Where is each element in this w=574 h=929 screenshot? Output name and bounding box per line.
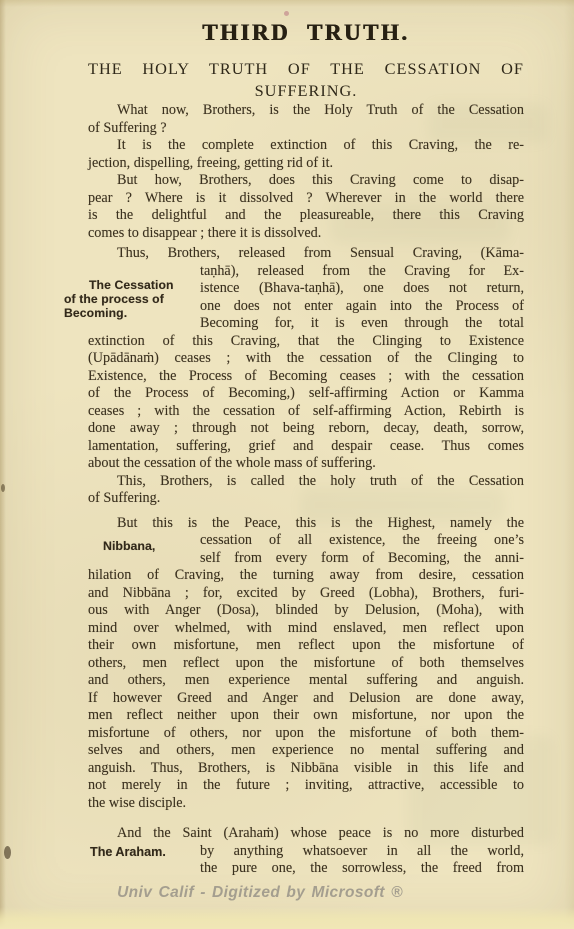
- body-line: If however Greed and Anger and Delusion …: [88, 690, 524, 708]
- body-line: cessation of all existence, the freeing …: [200, 532, 524, 550]
- body-line: by anything whatsoever in all the world,: [200, 843, 524, 861]
- paragraph-what-now: What now, Brothers, is the Holy Truth of…: [88, 102, 524, 137]
- body-line: misfortune of others, nor upon the misfo…: [88, 725, 524, 743]
- body-line: ous with Anger (Dosa), blinded by Delusi…: [88, 602, 524, 620]
- body-line: the wise disciple.: [88, 795, 524, 813]
- body-line: Thus, Brothers, released from Sensual Cr…: [88, 245, 524, 263]
- section-heading-line: THE HOLY TRUTH OF THE CESSATION OF: [88, 58, 524, 80]
- paragraph-this-brothers: This, Brothers, is called the holy truth…: [88, 473, 524, 508]
- paragraph-but-how: But how, Brothers, does this Craving com…: [88, 172, 524, 242]
- paragraph-complete-extinction: It is the complete extinction of this Cr…: [88, 137, 524, 172]
- ink-speck: [284, 11, 289, 16]
- body-line: the pure one, the sorrowless, the freed …: [200, 860, 524, 878]
- margin-note-line: Becoming.: [64, 307, 174, 321]
- body-line: of Suffering ?: [88, 120, 524, 138]
- body-line: And the Saint (Arahaṁ) whose peace is no…: [88, 825, 524, 843]
- body-line: ceases ; with the cessation of self-affi…: [88, 403, 524, 421]
- section-heading: THE HOLY TRUTH OF THE CESSATION OF SUFFE…: [88, 58, 524, 102]
- body-line: men reflect neither upon their own misfo…: [88, 707, 524, 725]
- scan-page: THIRD TRUTH. THE HOLY TRUTH OF THE CESSA…: [0, 0, 574, 929]
- body-line: What now, Brothers, is the Holy Truth of…: [88, 102, 524, 120]
- body-line: Existence, the Process of Becoming cease…: [88, 368, 524, 386]
- body-line: comes to disappear ; there it is dissolv…: [88, 225, 524, 243]
- margin-note-line: The Araham.: [90, 845, 166, 859]
- body-line: lamentation, suffering, grief and despai…: [88, 438, 524, 456]
- margin-note-cessation-of-becoming: The Cessationof the process ofBecoming.: [64, 279, 174, 321]
- margin-note-line: of the process of: [64, 293, 174, 307]
- body-line: their own misfortune, men reflect upon t…: [88, 637, 524, 655]
- body-line: and others, men experience mental suffer…: [88, 672, 524, 690]
- body-line: (Upādānaṁ) ceases ; with the cessation o…: [88, 350, 524, 368]
- body-line: hilation of Craving, the turning away fr…: [88, 567, 524, 585]
- body-line: selves and others, men experience no men…: [88, 742, 524, 760]
- body-line: self from every form of Becoming, the an…: [200, 550, 524, 568]
- body-line: others, men reflect upon the misfortune …: [88, 655, 524, 673]
- body-line: pear ? Where is it dissolved ? Wherever …: [88, 190, 524, 208]
- ink-speck: [1, 484, 5, 492]
- page-title: THIRD TRUTH.: [88, 20, 524, 46]
- body-line: istence (Bhava-taṇhā), one does not retu…: [200, 280, 524, 298]
- body-line: It is the complete extinction of this Cr…: [88, 137, 524, 155]
- text-column: THIRD TRUTH. THE HOLY TRUTH OF THE CESSA…: [88, 20, 524, 878]
- body-line: anguish. Thus, Brothers, is Nibbāna visi…: [88, 760, 524, 778]
- body-line: jection, dispelling, freeing, getting ri…: [88, 155, 524, 173]
- body-line: and Nibbāna ; for, excited by Greed (Lob…: [88, 585, 524, 603]
- body-line: of the Process of Becoming,) self-affirm…: [88, 385, 524, 403]
- body-line: is the delightful and the pleasureable, …: [88, 207, 524, 225]
- body-line: taṇhā), released from the Craving for Ex…: [200, 263, 524, 281]
- body-line: of Suffering.: [88, 490, 524, 508]
- body-line: But how, Brothers, does this Craving com…: [88, 172, 524, 190]
- section-heading-line: SUFFERING.: [88, 80, 524, 102]
- digitization-watermark: Univ Calif - Digitized by Microsoft ®: [0, 884, 520, 902]
- body-line: done away ; through not being reborn, de…: [88, 420, 524, 438]
- margin-note-araham: The Araham.: [90, 845, 166, 859]
- body-line: about the cessation of the whole mass of…: [88, 455, 524, 473]
- body-line: This, Brothers, is called the holy truth…: [88, 473, 524, 491]
- margin-note-line: The Cessation: [64, 279, 174, 293]
- body-line: one does not enter again into the Proces…: [200, 298, 524, 316]
- body-line: not merely in the future ; inviting, att…: [88, 777, 524, 795]
- margin-note-nibbana: Nibbana,: [103, 539, 155, 553]
- page-bottom-edge: [0, 907, 574, 929]
- body-line: But this is the Peace, this is the Highe…: [88, 515, 524, 533]
- margin-note-line: Nibbana,: [103, 539, 155, 553]
- ink-speck: [4, 846, 11, 859]
- body-line: extinction of this Craving, that the Cli…: [88, 333, 524, 351]
- paragraph-peace-nibbana: But this is the Peace, this is the Highe…: [88, 515, 524, 813]
- body-line: Becoming for, it is even through the tot…: [200, 315, 524, 333]
- body-line: mind over whelmed, with mind enslaved, m…: [88, 620, 524, 638]
